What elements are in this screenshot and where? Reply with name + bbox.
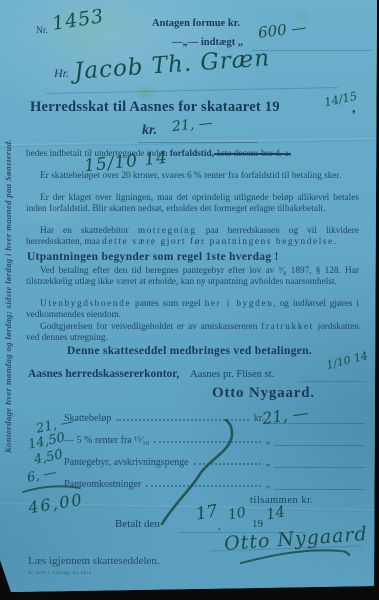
- paragraph-offset-text: Har en skattedebitor: [40, 226, 138, 236]
- paid-year-handwritten: 14: [265, 502, 287, 523]
- assumed-fortune-label: Antagen formue kr.: [152, 18, 240, 29]
- dot-leader: [194, 463, 261, 465]
- dot-leader: [154, 441, 260, 443]
- name-line: [46, 87, 338, 94]
- number-label: Nr.: [36, 26, 48, 36]
- office-line: [298, 381, 366, 382]
- paragraph-nonresident-text: pantes som regel: [131, 299, 204, 309]
- office-name: Aasnes herredskassererkontor,: [28, 368, 179, 380]
- table-row: Panteomkostninger „: [64, 479, 364, 490]
- row-unit: „: [266, 479, 270, 490]
- mr-label: Hr.: [54, 66, 69, 81]
- value-line: [274, 467, 364, 468]
- row-label: Panteomkostninger: [64, 479, 141, 490]
- amount-value-handwritten: 21, —: [171, 115, 213, 135]
- row-unit: „: [266, 457, 270, 468]
- tax-amount-handwritten: 21, —: [261, 403, 310, 428]
- income-value-handwritten: 600 —: [257, 18, 307, 42]
- paragraph-road-maintenance: Godtgjørelsen for veivedligeholdet er av…: [26, 322, 359, 344]
- dot-leader: [146, 485, 260, 487]
- paragraph-offset: Har en skattedebitor motregning paa herr…: [26, 226, 359, 248]
- amount-line: [138, 142, 258, 143]
- due-sentence: bedes indbetalt til undertegnede inden f…: [26, 149, 359, 160]
- title-comma: ,: [352, 101, 356, 117]
- table-row: — 5 % renter fra ¹⁵⁄₁₀ „: [64, 435, 364, 446]
- cashier-name-printed: Otto Nygaard.: [212, 385, 315, 402]
- value-line: [274, 489, 364, 490]
- due-struck-date: 1ste decem-ber d. a.: [214, 149, 291, 159]
- row-label: Pantegebyr, avskrivningspenge: [64, 457, 189, 468]
- value-line: [274, 445, 364, 446]
- margin-amount-handwritten: 6, —: [26, 465, 58, 486]
- ditto-income-label: —„— indtægt „: [172, 37, 243, 48]
- row-unit: „: [266, 435, 270, 446]
- margin-total-handwritten: 46,00: [27, 490, 85, 517]
- dot-leader: [116, 419, 249, 421]
- paid-day-handwritten: 17: [194, 501, 219, 524]
- taxpayer-name-handwritten: Jacob Th. Græn: [73, 45, 271, 85]
- document-title: Herredsskat til Aasnes for skataaret 19: [30, 99, 280, 116]
- amount-kr-label: kr.: [142, 123, 157, 139]
- photographed-document: Kontordage hver mandag og lørdag; sidste…: [0, 0, 379, 600]
- paid-label: Betalt den: [115, 518, 160, 530]
- paragraph-road-spaced: fratrukket: [261, 322, 314, 332]
- read-through-note: Læs igjennem skatteseddelen.: [28, 555, 160, 567]
- blank-line: [252, 50, 372, 51]
- office-address: Aasnes pr. Flisen st.: [190, 369, 274, 380]
- paid-year-printed: 19: [252, 518, 263, 530]
- paragraph-complaint: Er der klaget over ligningen, maa det op…: [26, 193, 359, 215]
- paragraph-nonresident-spaced: her i bygden: [205, 299, 274, 309]
- table-row: Skattebeløp kr.: [64, 413, 364, 424]
- paragraph-nonresident-spaced: Utenbygdsboende: [40, 299, 131, 309]
- number-value-handwritten: 1453: [51, 5, 106, 35]
- paragraph-fees: Ved betaling efter den tid beregnes pant…: [26, 266, 359, 288]
- paragraph-offset-spaced: motregning: [138, 226, 197, 236]
- paragraph-offset-spaced: dette være gjort før pantningens begynde…: [102, 237, 338, 247]
- paragraph-road-text: Godtgjørelsen for veivedligeholdet er av…: [40, 322, 261, 332]
- printer-imprint: A. Sem's Forlag, Kr.ania: [28, 571, 92, 576]
- row-label: — 5 % renter fra ¹⁵⁄₁₀: [64, 435, 149, 446]
- paid-separator: ,: [218, 520, 221, 532]
- bring-note: Denne skatteseddel medbringes ved betali…: [0, 345, 379, 357]
- paragraph-nonresident: Utenbygdsboende pantes som regel her i b…: [26, 299, 359, 321]
- distraint-notice: Utpantningen begynder som regel 1ste hve…: [27, 251, 279, 263]
- due-deadline-bold: forfaldstid,: [170, 149, 214, 159]
- table-row: Pantegebyr, avskrivningspenge „: [64, 457, 364, 468]
- paragraph-interest: Er skattebeløpet over 20 kroner, svares …: [26, 171, 359, 182]
- tax-note-paper: Kontordage hver mandag og lørdag; sidste…: [0, 0, 379, 600]
- paid-month-handwritten: 10: [227, 505, 247, 524]
- side-note-office-hours: Kontordage hver mandag og lørdag; sidste…: [3, 11, 13, 581]
